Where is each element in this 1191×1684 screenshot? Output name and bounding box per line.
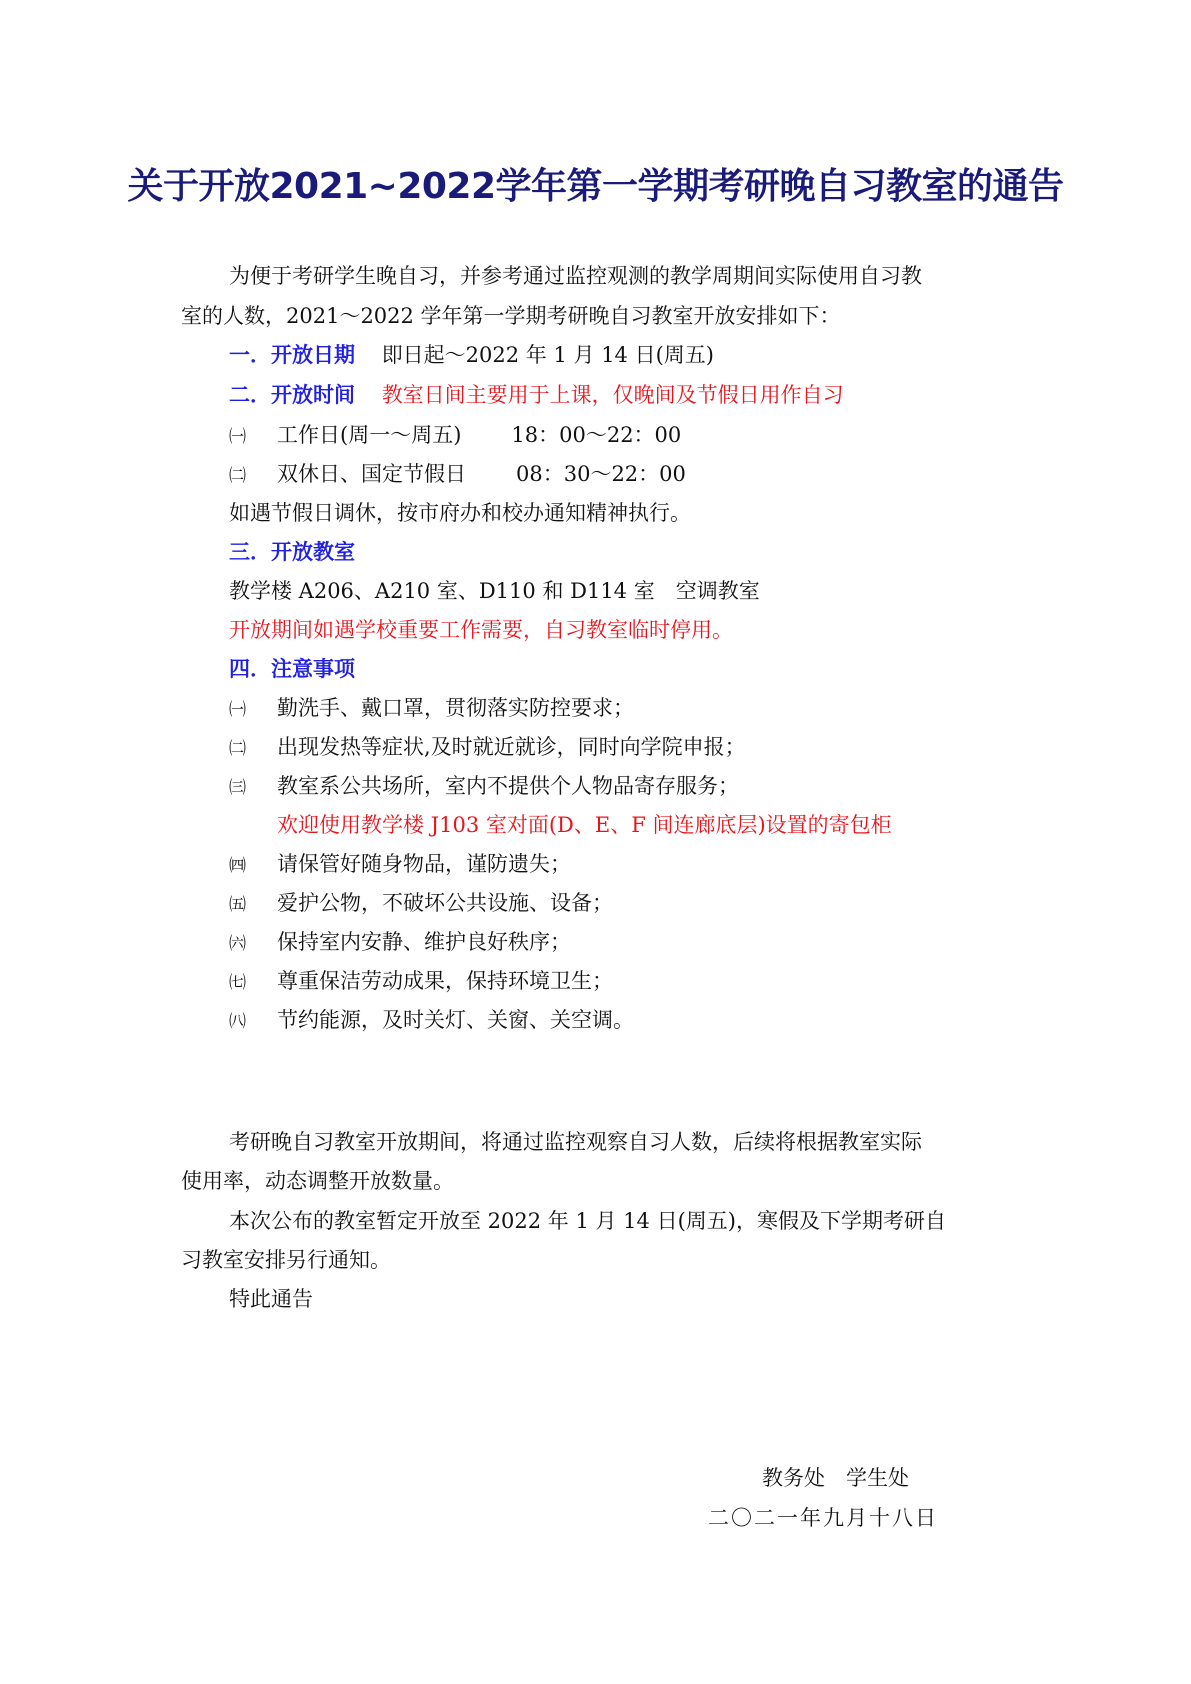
issue-date: 二〇二一年九月十八日	[708, 1502, 938, 1532]
item-text: 请保管好随身物品，谨防遗失；	[277, 852, 571, 876]
notice-item: ㈠勤洗手、戴口罩，贯彻落实防控要求；	[229, 694, 634, 724]
item-text: 节约能源，及时关灯、关窗、关空调。	[277, 1008, 634, 1032]
section-heading: 四．注意事项	[229, 655, 355, 683]
hours-label: 工作日(周一～周五)	[277, 423, 461, 447]
item-number: ㈧	[229, 1008, 277, 1036]
closing-paragraph-2-cont: 习教室安排另行通知。	[181, 1246, 391, 1274]
item-text: 出现发热等症状,及时就近就诊，同时向学院申报；	[277, 735, 746, 759]
item-text: 尊重保洁劳动成果，保持环境卫生；	[277, 969, 613, 993]
item-text: 保持室内安静、维护良好秩序；	[277, 930, 571, 954]
closing-paragraph-1: 考研晚自习教室开放期间，将通过监控观察自习人数，后续将根据教室实际	[229, 1128, 922, 1156]
item-number: ㈡	[229, 735, 277, 763]
item-number: ㈥	[229, 930, 277, 958]
notice-item: ㈢教室系公共场所，室内不提供个人物品寄存服务；	[229, 772, 739, 802]
hours-item: ㈠工作日(周一～周五)18：00～22：00	[229, 421, 681, 451]
section-heading: 二．开放时间	[229, 383, 355, 407]
open-hours-note: 教室日间主要用于上课，仅晚间及节假日用作自习	[382, 383, 844, 407]
section-heading: 一．开放日期	[229, 343, 355, 367]
item-number: ㈡	[229, 462, 277, 490]
notice-item: ㈣请保管好随身物品，谨防遗失；	[229, 850, 571, 880]
item-number: ㈠	[229, 696, 277, 724]
item-text: 教室系公共场所，室内不提供个人物品寄存服务；	[277, 774, 739, 798]
closing-paragraph-1-cont: 使用率，动态调整开放数量。	[181, 1167, 454, 1195]
section-heading: 三．开放教室	[229, 538, 355, 566]
item-number: ㈦	[229, 969, 277, 997]
item-number: ㈤	[229, 891, 277, 919]
closing-paragraph-2: 本次公布的教室暂定开放至 2022 年 1 月 14 日(周五)，寒假及下学期考…	[229, 1207, 946, 1235]
intro-line-2: 室的人数，2021～2022 学年第一学期考研晚自习教室开放安排如下：	[181, 302, 841, 330]
item-text: 欢迎使用教学楼 J103 室对面(D、E、F 间连廊底层)设置的寄包柜	[277, 813, 892, 837]
intro-line-1: 为便于考研学生晚自习，并参考通过监控观测的教学周期间实际使用自习教	[229, 262, 922, 290]
section-open-dates: 一．开放日期 即日起～2022 年 1 月 14 日(周五)	[229, 341, 714, 369]
item-number: ㈣	[229, 852, 277, 880]
closing-statement: 特此通告	[229, 1285, 313, 1313]
page-title: 关于开放2021~2022学年第一学期考研晚自习教室的通告	[0, 158, 1191, 209]
notice-item: ㈤爱护公物，不破坏公共设施、设备；	[229, 889, 613, 919]
hours-footer: 如遇节假日调休，按市府办和校办通知精神执行。	[229, 499, 691, 527]
item-text: 勤洗手、戴口罩，贯彻落实防控要求；	[277, 696, 634, 720]
open-dates-text: 即日起～2022 年 1 月 14 日(周五)	[382, 343, 714, 367]
hours-time: 18：00～22：00	[511, 421, 681, 449]
issuer-signature: 教务处 学生处	[762, 1462, 909, 1492]
hours-time: 08：30～22：00	[516, 460, 686, 488]
hours-label: 双休日、国定节假日	[277, 462, 466, 486]
hours-item: ㈡双休日、国定节假日08：30～22：00	[229, 460, 686, 490]
notice-item: ㈦尊重保洁劳动成果，保持环境卫生；	[229, 967, 613, 997]
notice-item-note: 欢迎使用教学楼 J103 室对面(D、E、F 间连廊底层)设置的寄包柜	[229, 811, 892, 839]
notice-item: ㈥保持室内安静、维护良好秩序；	[229, 928, 571, 958]
notice-item: ㈧节约能源，及时关灯、关窗、关空调。	[229, 1006, 634, 1036]
item-number: ㈢	[229, 774, 277, 802]
item-number: ㈠	[229, 423, 277, 451]
rooms-text: 教学楼 A206、A210 室、D110 和 D114 室 空调教室	[229, 577, 760, 605]
item-text: 爱护公物，不破坏公共设施、设备；	[277, 891, 613, 915]
section-open-hours: 二．开放时间 教室日间主要用于上课，仅晚间及节假日用作自习	[229, 381, 844, 409]
notice-item: ㈡出现发热等症状,及时就近就诊，同时向学院申报；	[229, 733, 746, 763]
rooms-warning: 开放期间如遇学校重要工作需要，自习教室临时停用。	[229, 616, 733, 644]
